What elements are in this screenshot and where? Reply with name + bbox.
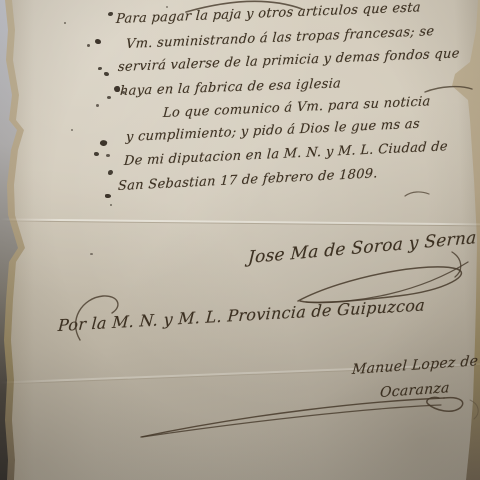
flourish-top-swash (186, 1, 302, 12)
primary-signature-paraph-cross (306, 262, 468, 302)
primary-signature-paraph (298, 267, 461, 303)
flourish-squiggle (405, 192, 429, 196)
long-flourish-stroke-lower (142, 405, 441, 437)
photo-background: Para pagar la paja y otros articulos que… (0, 0, 480, 480)
flourish-dash (425, 87, 472, 92)
primary-signature-tail (452, 252, 461, 277)
attribution-p-swash (76, 296, 118, 340)
paper-edge-curl (470, 400, 478, 419)
ink-flourishes (0, 0, 480, 480)
secondary-signature-rubric (427, 397, 463, 411)
